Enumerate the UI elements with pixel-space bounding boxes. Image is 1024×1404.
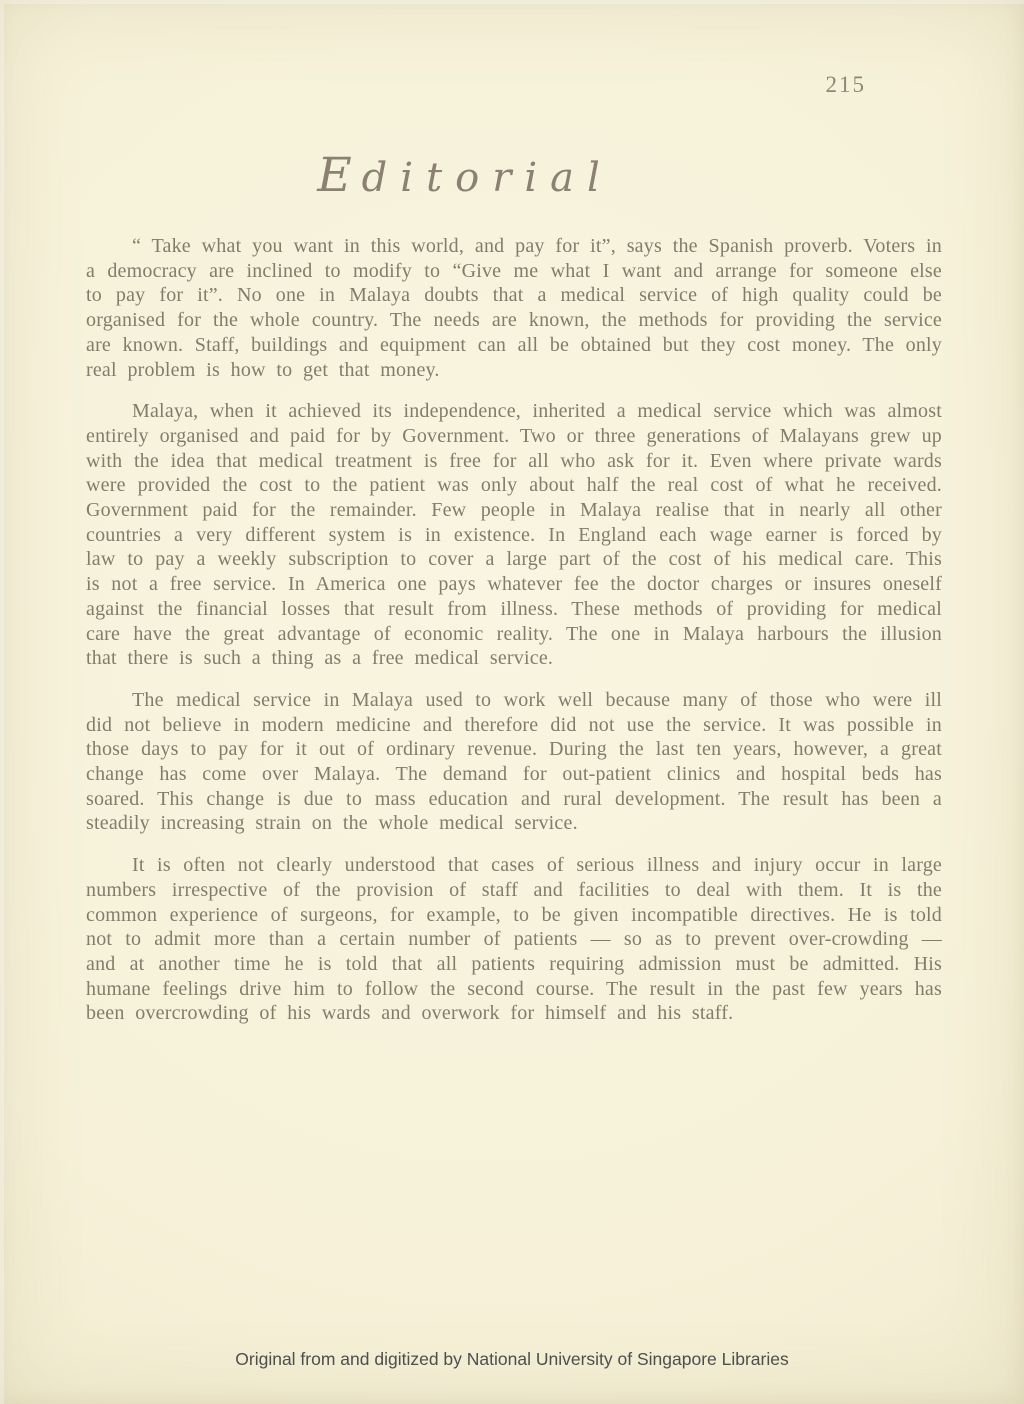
editorial-body: “ Take what you want in this world, and … <box>86 234 942 1043</box>
page-title: Editorial <box>0 148 930 203</box>
digitization-credit: Original from and digitized by National … <box>0 1349 1024 1370</box>
paragraph: It is often not clearly understood that … <box>86 853 942 1026</box>
paragraph: “ Take what you want in this world, and … <box>86 234 942 382</box>
paragraph: Malaya, when it achieved its independenc… <box>86 399 942 671</box>
paragraph: The medical service in Malaya used to wo… <box>86 688 942 836</box>
page-number: 215 <box>826 72 867 98</box>
scanned-page: 215 Editorial “ Take what you want in th… <box>0 0 1024 1404</box>
